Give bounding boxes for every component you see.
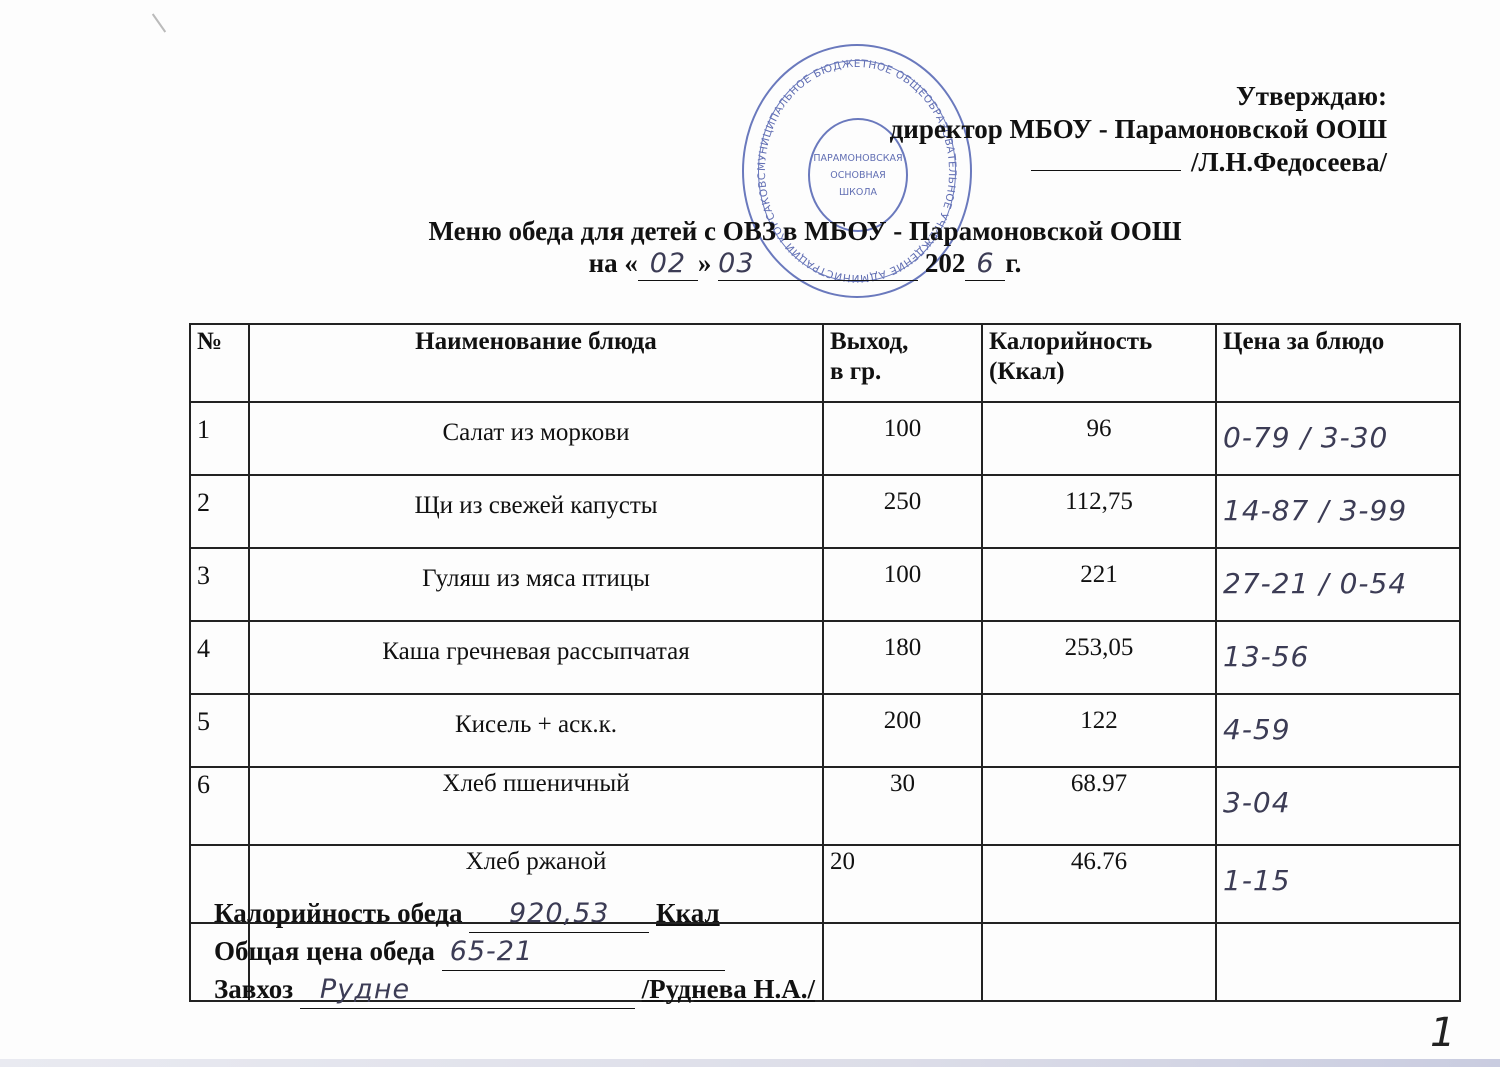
total-calories-label: Калорийность обеда xyxy=(214,898,463,928)
date-day: 02 xyxy=(638,248,698,281)
date-month: 03 xyxy=(718,248,918,281)
approval-block: Утверждаю: директор МБОУ - Парамоновской… xyxy=(890,80,1387,179)
approval-signature-line: /Л.Н.Федосеева/ xyxy=(890,146,1387,179)
header-calories: Калорийность(Ккал) xyxy=(982,324,1216,402)
row-calories: 253,05 xyxy=(982,621,1216,694)
row-num: 4 xyxy=(190,621,249,694)
total-price-label: Общая цена обеда xyxy=(214,936,435,966)
row-output: 20 xyxy=(823,845,982,923)
row-num: 3 xyxy=(190,548,249,621)
row-calories: 112,75 xyxy=(982,475,1216,548)
table-row: 6Хлеб пшеничный3068.973-04 xyxy=(190,767,1460,845)
row-calories: 221 xyxy=(982,548,1216,621)
row-price: 14-87 / 3-99 xyxy=(1216,475,1460,548)
manager-signature: Рудне xyxy=(300,972,635,1009)
footer-block: Калорийность обеда 920,53 Ккал Общая цен… xyxy=(214,895,815,1009)
approval-position: директор МБОУ - Парамоновской ООШ xyxy=(890,113,1387,146)
row-price: 27-21 / 0-54 xyxy=(1216,548,1460,621)
header-output-line2: в гр. xyxy=(830,358,881,385)
page-number: 1 xyxy=(1430,1010,1455,1056)
date-year-digit: 6 xyxy=(965,248,1005,281)
date-year-prefix: 202 xyxy=(925,248,966,278)
table-row: 1Салат из моркови100960-79 / 3-30 xyxy=(190,402,1460,475)
total-price-line: Общая цена обеда 65-21 xyxy=(214,933,815,971)
row-calories xyxy=(982,923,1216,1001)
document-title: Меню обеда для детей с ОВЗ в МБОУ - Пара… xyxy=(300,215,1310,281)
row-price xyxy=(1216,923,1460,1001)
table-row: 5Кисель + аск.к.2001224-59 xyxy=(190,694,1460,767)
manager-line: Завхоз Рудне /Руднева Н.А./ xyxy=(214,971,815,1009)
table-header-row: № Наименование блюда Выход,в гр. Калорий… xyxy=(190,324,1460,402)
row-num: 2 xyxy=(190,475,249,548)
row-output: 180 xyxy=(823,621,982,694)
header-num: № xyxy=(190,324,249,402)
manager-label: Завхоз xyxy=(214,974,293,1004)
row-num: 1 xyxy=(190,402,249,475)
header-calories-line1: Калорийность xyxy=(989,328,1152,355)
total-calories-unit: Ккал xyxy=(656,898,720,928)
row-calories: 96 xyxy=(982,402,1216,475)
total-calories-line: Калорийность обеда 920,53 Ккал xyxy=(214,895,815,933)
header-name: Наименование блюда xyxy=(249,324,823,402)
date-mid: » xyxy=(698,248,712,278)
scan-mark xyxy=(152,13,166,32)
row-num: 5 xyxy=(190,694,249,767)
row-price: 0-79 / 3-30 xyxy=(1216,402,1460,475)
row-output: 200 xyxy=(823,694,982,767)
header-calories-line2: (Ккал) xyxy=(989,358,1065,385)
table-row: 4Каша гречневая рассыпчатая180253,0513-5… xyxy=(190,621,1460,694)
row-dish-name: Кисель + аск.к. xyxy=(249,694,823,767)
table-row: 2Щи из свежей капусты250112,7514-87 / 3-… xyxy=(190,475,1460,548)
title-date: на «02» 03 2026г. xyxy=(300,247,1310,281)
row-dish-name: Щи из свежей капусты xyxy=(249,475,823,548)
row-dish-name: Салат из моркови xyxy=(249,402,823,475)
table-row: 3Гуляш из мяса птицы10022127-21 / 0-54 xyxy=(190,548,1460,621)
row-dish-name: Гуляш из мяса птицы xyxy=(249,548,823,621)
row-dish-name: Каша гречневая рассыпчатая xyxy=(249,621,823,694)
row-num: 6 xyxy=(190,767,249,845)
header-output: Выход,в гр. xyxy=(823,324,982,402)
total-price-value: 65-21 xyxy=(442,934,725,971)
header-output-line1: Выход, xyxy=(830,328,908,355)
row-calories: 46.76 xyxy=(982,845,1216,923)
row-calories: 68.97 xyxy=(982,767,1216,845)
stamp-center-line: ШКОЛА xyxy=(839,184,877,201)
row-output: 100 xyxy=(823,402,982,475)
row-price: 13-56 xyxy=(1216,621,1460,694)
date-year-suffix: г. xyxy=(1005,248,1021,278)
row-output: 30 xyxy=(823,767,982,845)
row-output: 100 xyxy=(823,548,982,621)
scan-edge xyxy=(0,1059,1500,1067)
director-name: /Л.Н.Федосеева/ xyxy=(1191,147,1387,177)
total-calories-value: 920,53 xyxy=(469,896,649,933)
row-dish-name: Хлеб пшеничный xyxy=(249,767,823,845)
approval-heading: Утверждаю: xyxy=(890,80,1387,113)
row-output: 250 xyxy=(823,475,982,548)
row-price: 4-59 xyxy=(1216,694,1460,767)
row-calories: 122 xyxy=(982,694,1216,767)
header-price: Цена за блюдо xyxy=(1216,324,1460,402)
manager-name: /Руднева Н.А./ xyxy=(642,974,815,1004)
row-output xyxy=(823,923,982,1001)
director-signature-field xyxy=(1031,152,1181,171)
row-price: 1-15 xyxy=(1216,845,1460,923)
date-prefix: на « xyxy=(589,248,638,278)
title-line: Меню обеда для детей с ОВЗ в МБОУ - Пара… xyxy=(300,215,1310,247)
stamp-center-line: ОСНОВНАЯ xyxy=(830,167,886,184)
row-price: 3-04 xyxy=(1216,767,1460,845)
